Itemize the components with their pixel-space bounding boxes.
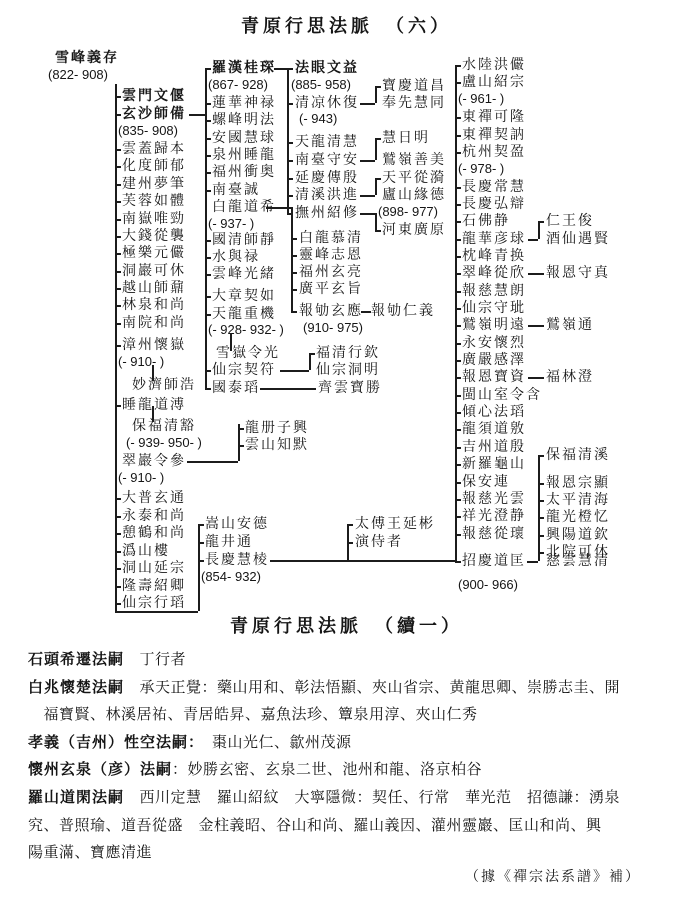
lineage-node-tianpingcy: 天平從漪 <box>382 170 446 185</box>
connector-line <box>115 323 121 325</box>
connector-line <box>280 370 309 372</box>
lineage-node-nantaisa: 南臺守安 <box>295 152 359 167</box>
connector-line <box>115 236 121 238</box>
connector-line <box>455 534 461 536</box>
connector-line <box>455 152 461 154</box>
lineage-node-baoenshz: 報恩守真 <box>546 265 610 280</box>
connector-line <box>115 149 121 151</box>
connector-line <box>115 271 121 273</box>
lineage-node-jiulingtong: 鷲嶺通 <box>546 317 594 332</box>
appendix-line-text: 棗山光仁、歙州茂源 <box>197 734 352 751</box>
lineage-node-cuiyan: 翠巖令參 <box>122 453 186 468</box>
appendix-line-text: 陽重滿、寶應清進 <box>28 844 152 861</box>
connector-line <box>538 535 544 537</box>
connector-line <box>287 103 293 105</box>
lineage-node-changqingch: 長慶常慧 <box>462 179 526 194</box>
lineage-node-yueshan: 越山師鼐 <box>122 280 186 295</box>
connector-line <box>455 395 461 397</box>
connector-line <box>360 213 375 215</box>
connector-line <box>455 117 461 119</box>
connector-line <box>528 239 538 241</box>
lineage-node-fayan-dates: (885- 958) <box>291 78 351 92</box>
lineage-node-lushanyd: 廬山緣德 <box>382 187 446 202</box>
lineage-node-fulincheng: 福林澄 <box>546 369 594 384</box>
connector-line <box>455 343 461 345</box>
connector-line <box>287 68 289 213</box>
connector-line <box>115 345 121 347</box>
connector-line <box>455 360 461 362</box>
connector-line <box>455 482 461 484</box>
lineage-node-nantaicheng: 南臺誠 <box>212 182 260 197</box>
source-note: （據《禪宗法系譜》補） <box>465 866 641 886</box>
connector-line <box>115 84 117 611</box>
appendix-line-heading: 白兆懷楚法嗣 <box>28 679 124 696</box>
connector-line <box>455 464 461 466</box>
lineage-node-xianzongqf: 仙宗契符 <box>212 362 276 377</box>
lineage-node-yunfenggx: 雲峰光緒 <box>212 266 276 281</box>
connector-line <box>115 114 121 116</box>
connector-line <box>187 461 238 463</box>
lineage-node-qingxihj: 清溪洪進 <box>295 187 359 202</box>
connector-line <box>287 160 293 162</box>
connector-line <box>198 524 204 526</box>
lineage-node-qingliangxf: 清凉休復 <box>295 95 359 110</box>
lineage-node-baoenzongxian: 報恩宗顯 <box>546 475 610 490</box>
appendix-line: 孝義（吉州）性空法嗣： 棗山光仁、歙州茂源 <box>28 729 678 757</box>
lineage-node-bailongmq: 白龍慕清 <box>299 230 363 245</box>
lineage-node-songshan: 嵩山安德 <box>205 516 269 531</box>
connector-line <box>115 568 121 570</box>
connector-line <box>115 586 121 588</box>
connector-line <box>455 204 461 206</box>
lineage-node-nanyuan: 南院和尚 <box>122 315 186 330</box>
connector-line <box>360 160 375 162</box>
lineage-node-xiangguang: 祥光澄静 <box>462 508 526 523</box>
connector-line <box>152 406 154 422</box>
connector-line <box>360 103 375 105</box>
lineage-node-jiulingsm: 鷲嶺善美 <box>382 152 446 167</box>
connector-line <box>198 560 204 562</box>
connector-line <box>291 289 297 291</box>
lineage-node-zhaoqingdk-dates: (900- 966) <box>458 578 518 592</box>
appendix-line-heading: 懷州玄泉（彦）法嗣 <box>28 761 172 778</box>
lineage-node-xueyue: 雪嶽令光 <box>216 345 280 360</box>
lineage-node-shuilong: 睡龍道溥 <box>122 397 186 412</box>
connector-line <box>205 388 211 390</box>
appendix-line-heading: 石頭希遷法嗣 <box>28 651 124 668</box>
lineage-node-longxu: 龍須道敫 <box>462 421 526 436</box>
lineage-node-baocihl: 報慈慧朗 <box>462 283 526 298</box>
continuation-title: 青原行思法脈 （續一） <box>0 612 693 638</box>
connector-line <box>455 82 461 84</box>
connector-line <box>205 296 211 298</box>
lineage-node-tianlongcj-dates: (- 928- 932- ) <box>208 323 284 337</box>
connector-line <box>455 187 461 189</box>
connector-line <box>538 221 544 223</box>
connector-line <box>260 388 316 390</box>
lineage-node-daqian: 大錢從襲 <box>122 228 186 243</box>
lineage-node-changqinghl-dates: (854- 932) <box>201 570 261 584</box>
connector-line <box>455 429 461 431</box>
connector-line <box>455 308 461 310</box>
connector-line <box>538 455 544 457</box>
connector-line <box>115 305 121 307</box>
lineage-node-minshan: 閩山室令含 <box>462 387 542 402</box>
lineage-node-lingfengze: 靈峰志恩 <box>299 247 363 262</box>
connector-line <box>538 483 544 485</box>
appendix-line: 白兆懷楚法嗣 承天正覺：藥山用和、彰法悟顯、夾山省宗、黄龍思卿、崇勝志圭、開 <box>28 674 678 702</box>
lineage-node-hangzhouqy-dates: (- 978- ) <box>458 162 504 176</box>
connector-line <box>230 333 232 351</box>
connector-line <box>287 178 293 180</box>
lineage-node-cuifengcx: 翠峰從欣 <box>462 265 526 280</box>
appendix-line: 石頭希遷法嗣 丁行者 <box>28 646 678 674</box>
connector-line <box>375 86 381 88</box>
connector-line <box>291 255 297 257</box>
connector-line <box>375 230 381 232</box>
lineage-node-zhangzhou: 漳州懷嶽 <box>122 337 186 352</box>
connector-line <box>528 325 544 327</box>
lineage-node-shuiluhy: 水陸洪儼 <box>462 57 526 72</box>
connector-line <box>455 65 461 67</box>
appendix-line-text: 究、普照瑜、道吾從盛 金柱義昭、谷山和尚、羅山義因、灌州靈巖、匡山和尚、興 <box>28 817 602 834</box>
connector-line <box>455 291 461 293</box>
lineage-node-hedong: 河東廣原 <box>382 222 446 237</box>
lineage-node-dazhangqr: 大章契如 <box>212 288 276 303</box>
lineage-node-ciyunhq: 慈雲慧清 <box>546 553 610 568</box>
appendix-line-text: 承天正覺：藥山用和、彰法悟顯、夾山省宗、黄龍思卿、崇勝志圭、開 <box>124 679 620 696</box>
connector-line <box>205 314 211 316</box>
lineage-node-yanshizhe: 演侍者 <box>355 534 403 549</box>
lineage-node-furong: 芙蓉如體 <box>122 193 186 208</box>
connector-line <box>455 499 461 501</box>
appendix-line: 福寶賢、林溪居祐、青居皓昇、嘉魚法珍、簟泉用淳、夾山仁秀 <box>28 701 678 729</box>
lineage-node-baoqury: 報劬仁義 <box>371 303 435 318</box>
lineage-node-miaoji: 妙濟師浩 <box>132 377 196 392</box>
lineage-node-baocigy: 報慈光雲 <box>462 491 526 506</box>
lineage-node-xuefeng: 雪峰義存 <box>55 50 119 65</box>
connector-line <box>455 377 461 379</box>
connector-line <box>266 207 291 209</box>
lineage-node-weishan: 潙山樓 <box>122 543 170 558</box>
lineage-node-yonganhl: 永安懷烈 <box>462 335 526 350</box>
connector-line <box>291 238 297 240</box>
lineage-node-huadu: 化度師郁 <box>122 158 186 173</box>
lineage-node-lushanyd-dates: (898- 977) <box>378 205 438 219</box>
lineage-node-baofuqh: 保福清豁 <box>132 418 196 433</box>
connector-line <box>455 256 461 258</box>
lineage-node-hangzhouqy: 杭州契盈 <box>462 144 526 159</box>
connector-line <box>361 311 371 313</box>
lineage-node-fengxianht: 奉先慧同 <box>382 95 446 110</box>
connector-line <box>152 365 154 381</box>
connector-line <box>115 498 121 500</box>
connector-line <box>291 311 297 313</box>
lineage-node-jizhoudy: 吉州道殷 <box>462 439 526 454</box>
appendix-line: 羅山道閑法嗣 西川定慧 羅山紹紋 大寧隱微：契任、行常 華光范 招德謙：湧泉 <box>28 784 678 812</box>
lineage-node-longhuayq: 龍華彦球 <box>462 231 526 246</box>
lineage-node-baoanlian: 保安連 <box>462 474 510 489</box>
connector-line <box>287 213 293 215</box>
lineage-node-zhenfengqh: 枕峰青换 <box>462 248 526 263</box>
lineage-node-dapu: 大普玄通 <box>122 490 186 505</box>
connector-line <box>287 68 293 70</box>
connector-line <box>115 551 121 553</box>
connector-line <box>347 524 353 526</box>
connector-line <box>115 253 121 255</box>
lineage-node-dongchanqn: 東禪契訥 <box>462 127 526 142</box>
connector-line <box>455 65 457 561</box>
connector-line <box>115 533 121 535</box>
connector-line <box>115 405 121 407</box>
lineage-node-fayan: 法眼文益 <box>295 60 359 75</box>
connector-line <box>238 424 240 461</box>
lineage-node-huiri: 慧日明 <box>382 130 430 145</box>
lineage-node-xinluo: 新羅龜山 <box>462 456 526 471</box>
connector-line <box>528 273 544 275</box>
connector-line <box>455 447 461 449</box>
lineage-node-fuzhouxl: 福州玄亮 <box>299 264 363 279</box>
connector-line <box>205 172 211 174</box>
lineage-node-yongtai: 永泰和尚 <box>122 508 186 523</box>
lineage-node-tianlongcj: 天龍重機 <box>212 306 276 321</box>
lineage-node-longjing: 龍井通 <box>205 534 253 549</box>
lineage-node-luohan-dates: (867- 928) <box>208 78 268 92</box>
lineage-node-xianzongdm: 仙宗洞明 <box>316 362 380 377</box>
lineage-node-dongyan: 洞巖可休 <box>122 263 186 278</box>
lineage-node-xuansha-dates: (835- 908) <box>118 124 178 138</box>
connector-line <box>205 257 211 259</box>
connector-line <box>115 96 121 98</box>
appendix-line-text: ：妙勝玄密、玄泉二世、池州和龍、洛京柏谷 <box>172 761 482 778</box>
connector-line <box>347 542 353 544</box>
connector-line <box>287 195 293 197</box>
lineage-node-yungai: 雲蓋歸本 <box>122 141 186 156</box>
lineage-node-cuiyan-dates: (- 910- ) <box>118 471 164 485</box>
connector-line <box>455 135 461 137</box>
lineage-node-baoqingdc: 寶慶道昌 <box>382 78 446 93</box>
appendix-line: 究、普照瑜、道吾從盛 金柱義昭、谷山和尚、羅山義因、灌州靈巖、匡山和尚、興 <box>28 812 678 840</box>
lineage-node-guoqingsj: 國清師靜 <box>212 232 276 247</box>
connector-line <box>375 178 377 195</box>
connector-line <box>205 68 207 388</box>
lineage-node-jile: 極樂元儼 <box>122 245 186 260</box>
connector-line <box>205 240 211 242</box>
connector-line <box>205 190 211 192</box>
lineage-node-nanyue: 南嶽唯勁 <box>122 211 186 226</box>
lineage-node-guotai: 國泰瑫 <box>212 380 260 395</box>
lineage-node-zhaoqingdk: 招慶道匡 <box>462 553 526 568</box>
lineage-node-shifojing: 石佛静 <box>462 213 510 228</box>
lineage-chart-page: 青原行思法脈 （六） 雪峰義存雲門文偃玄沙師備雲蓋歸本化度師郁建州夢筆芙蓉如體南… <box>0 0 693 900</box>
lineage-node-tianlongqh: 天龍清慧 <box>295 134 359 149</box>
lineage-node-linquan: 林泉和尚 <box>122 297 186 312</box>
connector-line <box>205 103 211 105</box>
lineage-node-guangyangz: 廣嚴感澤 <box>462 352 526 367</box>
connector-line <box>528 377 544 379</box>
connector-line <box>455 325 461 327</box>
lineage-node-taipingqh: 太平清海 <box>546 492 610 507</box>
lineage-node-xuefeng-dates: (822- 908) <box>48 68 108 82</box>
appendix-line: 陽重滿、寶應清進 <box>28 839 678 867</box>
lineage-node-jianzhou: 建州夢筆 <box>122 176 186 191</box>
lineage-node-bailongdx-dates: (- 937- ) <box>208 217 254 231</box>
lineage-node-baocicq: 報慈從瓌 <box>462 526 526 541</box>
lineage-node-xingyangdq: 興陽道欽 <box>546 527 610 542</box>
appendix-line-text: 福寶賢、林溪居祐、青居皓昇、嘉魚法珍、簟泉用淳、夾山仁秀 <box>28 706 478 723</box>
lineage-node-quanzhousl: 泉州睡龍 <box>212 147 276 162</box>
connector-line <box>189 114 205 116</box>
lineage-node-lushansz-dates: (- 961- ) <box>458 92 504 106</box>
appendix-line-heading: 羅山道閑法嗣 <box>28 789 124 806</box>
connector-line <box>115 603 121 605</box>
lineage-node-changqinghb: 長慶弘辯 <box>462 196 526 211</box>
connector-line <box>538 552 544 554</box>
lineage-node-taifu: 太傅王延彬 <box>355 516 435 531</box>
connector-line <box>198 542 204 544</box>
connector-line <box>115 219 121 221</box>
connector-line <box>309 353 311 370</box>
connector-line <box>455 412 461 414</box>
lineage-node-longguangcy: 龍光橙忆 <box>546 509 610 524</box>
connector-line <box>309 353 315 355</box>
appendix-line-heading: 孝義（吉州）性空法嗣： <box>28 734 197 751</box>
lineage-node-baofuqh-dates: (- 939- 950- ) <box>126 436 202 450</box>
connector-line <box>205 274 211 276</box>
lineage-node-xuansha: 玄沙師備 <box>122 106 186 121</box>
connector-line <box>375 138 377 160</box>
lineage-node-zhangzhou-dates: (- 910- ) <box>118 355 164 369</box>
lineage-node-changqinghl: 長慶慧棱 <box>205 552 269 567</box>
appendix-line: 懷州玄泉（彦）法嗣：妙勝玄密、玄泉二世、池州和龍、洛京柏谷 <box>28 756 678 784</box>
lineage-node-lianhua: 蓮華神禄 <box>212 95 276 110</box>
connector-line <box>205 370 211 372</box>
connector-line <box>360 195 375 197</box>
lineage-node-qiyun: 齊雲寶勝 <box>318 380 382 395</box>
lineage-node-lushansz: 盧山紹宗 <box>462 74 526 89</box>
connector-line <box>238 428 244 430</box>
lineage-node-yanqingcy: 延慶傳殷 <box>295 170 359 185</box>
connector-line <box>238 445 244 447</box>
lineage-node-renwangjun: 仁王俊 <box>546 213 594 228</box>
connector-line <box>198 524 200 611</box>
connector-line <box>455 239 461 241</box>
lineage-node-baoquxy-dates: (910- 975) <box>303 321 363 335</box>
lineage-node-dongchankl: 東禪可隆 <box>462 109 526 124</box>
lineage-node-shuiyulu: 水與禄 <box>212 249 260 264</box>
connector-line <box>115 184 121 186</box>
connector-line <box>274 68 287 70</box>
lineage-node-yunshanzm: 雲山知默 <box>245 437 309 452</box>
lineage-node-baofuqingxi: 保福清溪 <box>546 447 610 462</box>
lineage-node-longshou: 隆壽紹卿 <box>122 578 186 593</box>
connector-line <box>291 207 293 311</box>
lineage-node-fuzhoussx: 撫州紹修 <box>295 205 359 220</box>
appendix-section: 石頭希遷法嗣 丁行者白兆懷楚法嗣 承天正覺：藥山用和、彰法悟顯、夾山省宗、黄龍思… <box>28 646 678 867</box>
connector-line <box>205 68 211 70</box>
lineage-node-fuzhouchy: 福州衝奥 <box>212 164 276 179</box>
lineage-node-dongshanyz: 洞山延宗 <box>122 560 186 575</box>
connector-line <box>375 138 381 140</box>
lineage-node-qihe: 憩鶴和尚 <box>122 525 186 540</box>
lineage-node-luohan: 羅漢桂琛 <box>212 60 276 75</box>
connector-line <box>115 201 121 203</box>
connector-line <box>455 561 461 563</box>
page-title: 青原行思法脈 （六） <box>0 12 693 38</box>
appendix-line-text: 丁行者 <box>124 651 186 668</box>
lineage-node-baoquxy: 報劬玄應 <box>299 303 363 318</box>
lineage-node-xianzongsc: 仙宗守玼 <box>462 300 526 315</box>
lineage-node-yunmen: 雲門文偃 <box>122 88 186 103</box>
lineage-node-anguo: 安國慧球 <box>212 130 276 145</box>
connector-line <box>205 138 211 140</box>
appendix-line-text: 西川定慧 羅山紹紋 大寧隱微：契任、行常 華光范 招德謙：湧泉 <box>124 789 620 806</box>
connector-line <box>538 517 544 519</box>
connector-line <box>270 560 455 562</box>
connector-line <box>538 221 540 239</box>
lineage-node-baoenbz: 報恩寶資 <box>462 369 526 384</box>
connector-line <box>538 455 540 561</box>
connector-line <box>205 155 211 157</box>
connector-line <box>375 178 381 180</box>
lineage-node-qingliangxf-dates: (- 943) <box>299 112 337 126</box>
lineage-node-longce: 龍册子興 <box>245 420 309 435</box>
connector-line <box>455 273 461 275</box>
connector-line <box>375 213 377 230</box>
connector-line <box>375 86 377 103</box>
lineage-node-xianzongxt: 仙宗行瑫 <box>122 595 186 610</box>
connector-line <box>538 500 544 502</box>
lineage-node-luofeng: 螺峰明法 <box>212 112 276 127</box>
connector-line <box>455 516 461 518</box>
lineage-node-guangpingxz: 廣平玄旨 <box>299 281 363 296</box>
lineage-node-jiuxianyx: 酒仙遇賢 <box>546 231 610 246</box>
connector-line <box>205 120 211 122</box>
connector-line <box>115 288 121 290</box>
lineage-node-jiulingmy: 鷲嶺明遠 <box>462 317 526 332</box>
connector-line <box>455 221 461 223</box>
lineage-node-qingxinft: 傾心法瑫 <box>462 404 526 419</box>
connector-line <box>115 516 121 518</box>
connector-line <box>527 561 538 563</box>
connector-line <box>287 142 293 144</box>
lineage-node-fuqing: 福清行欽 <box>316 345 380 360</box>
connector-line <box>291 272 297 274</box>
connector-line <box>115 166 121 168</box>
